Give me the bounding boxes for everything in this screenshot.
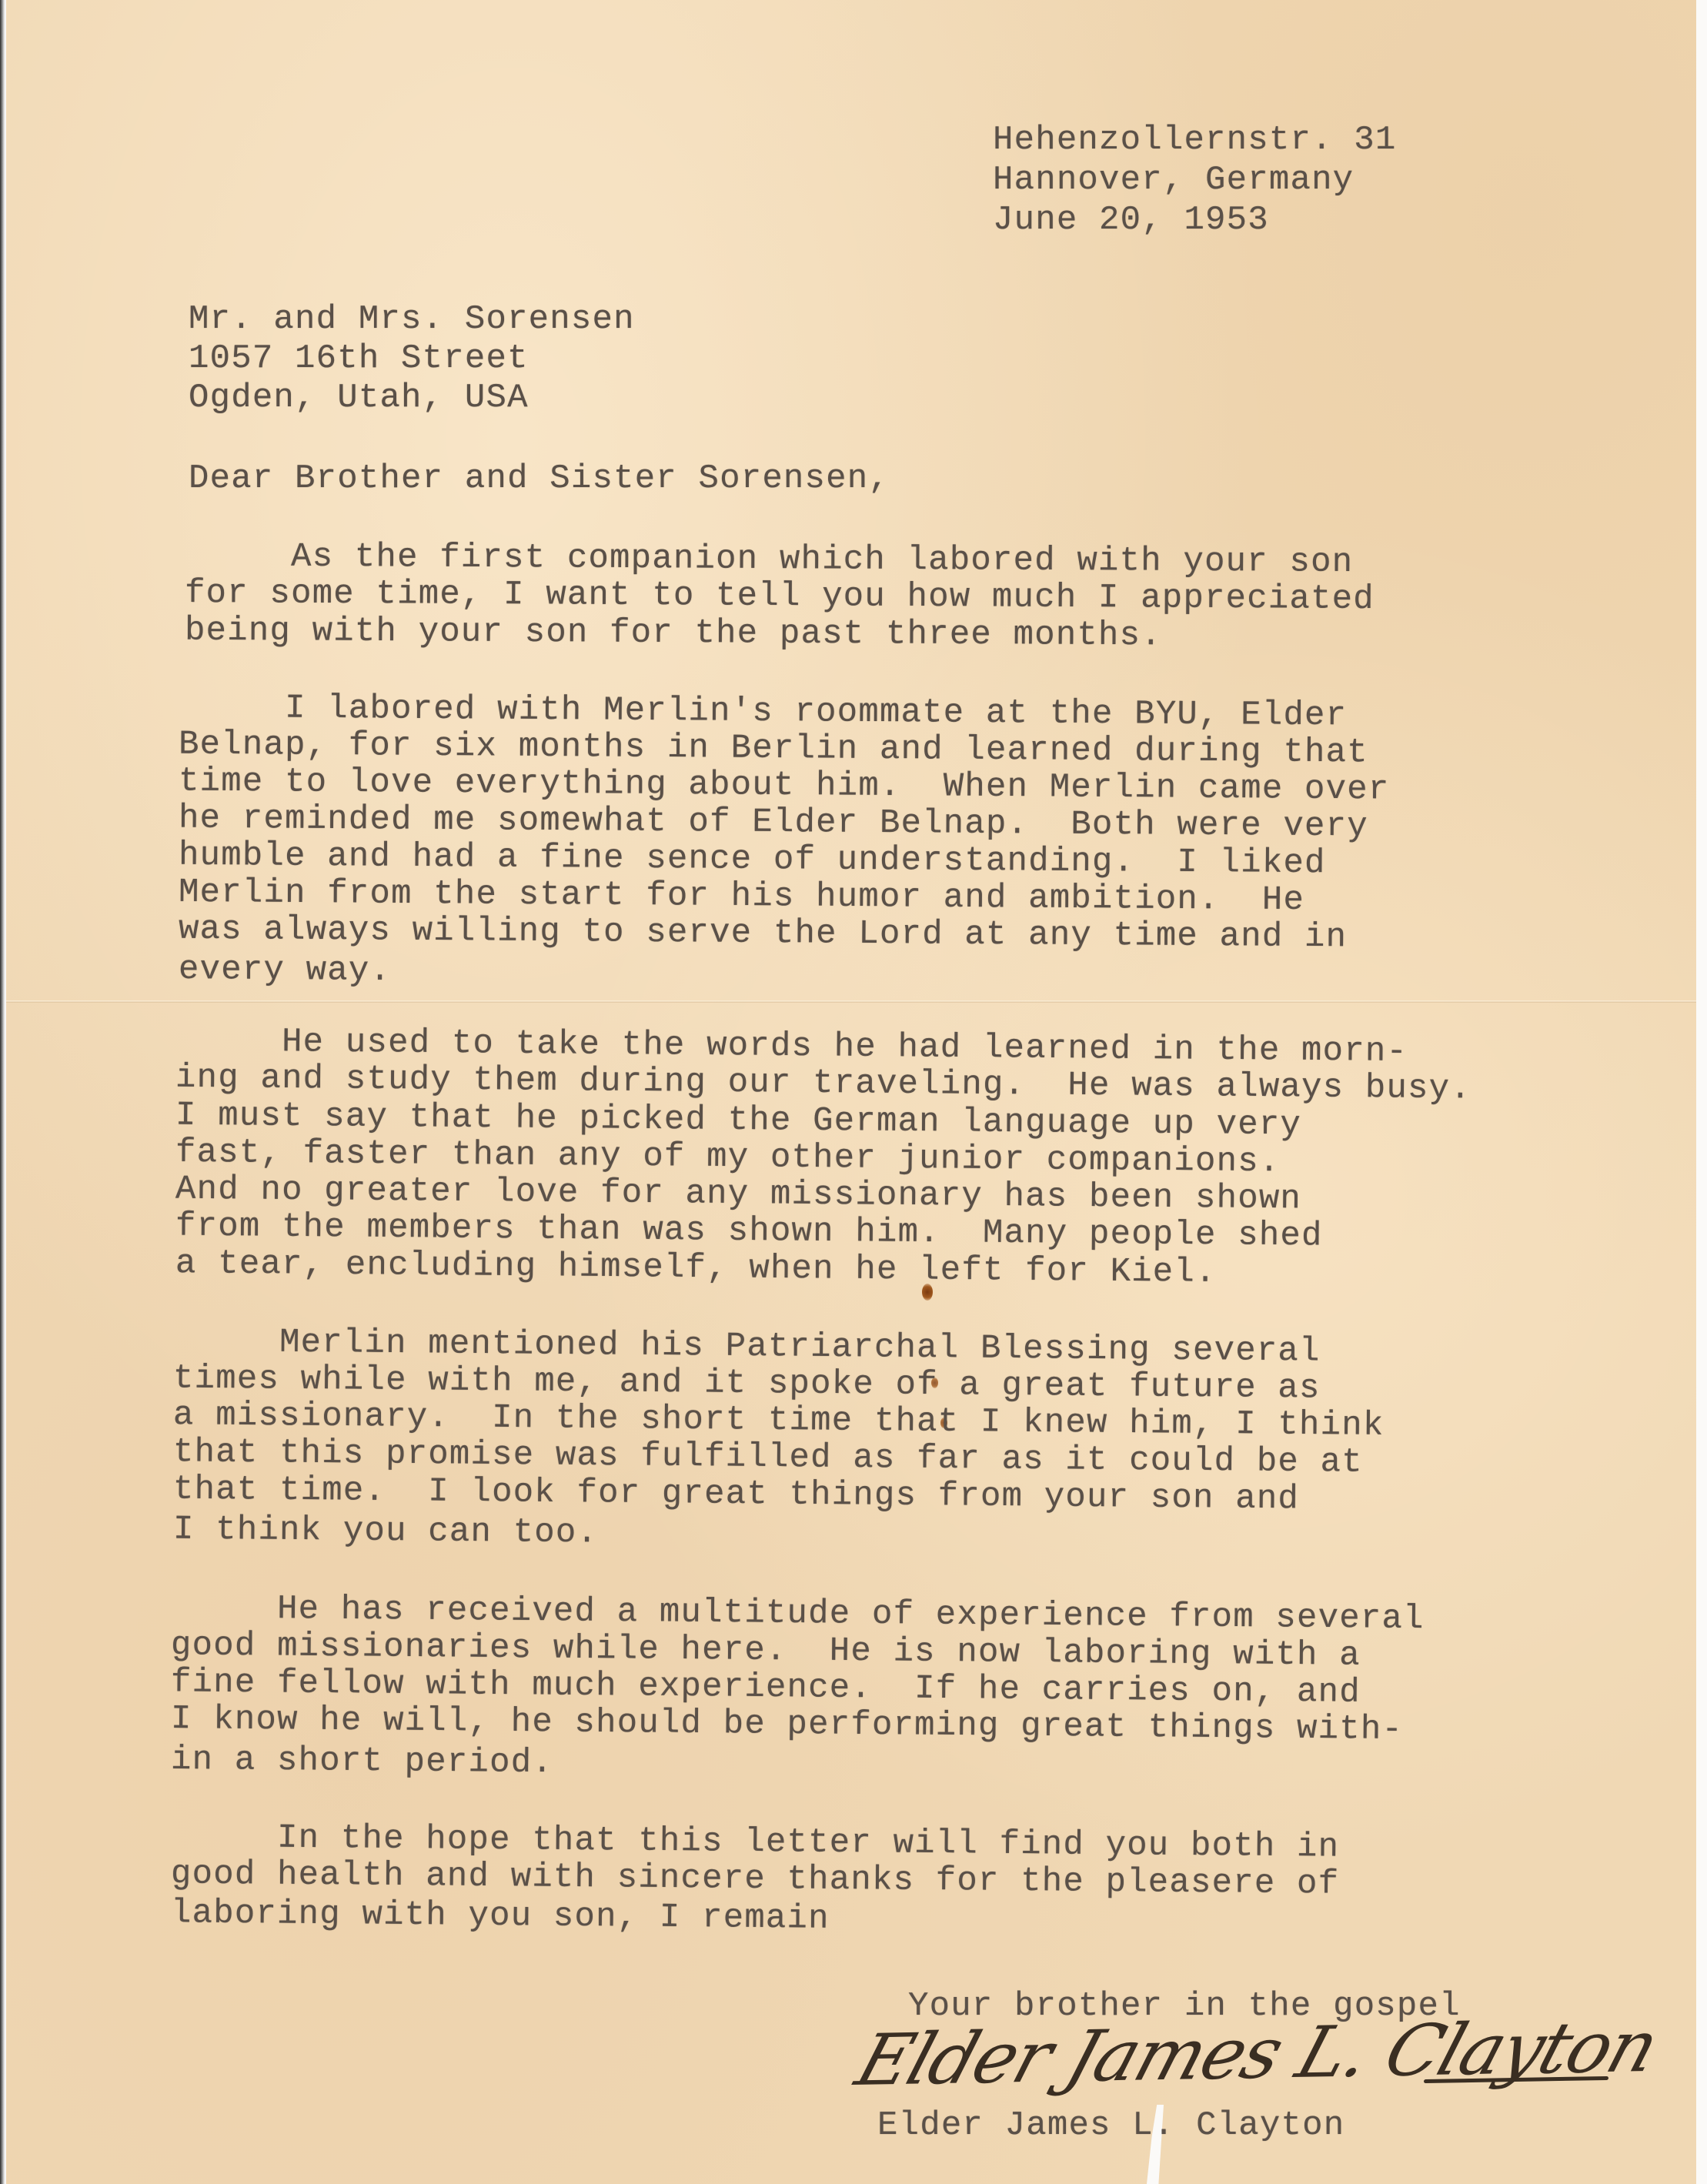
salutation: Dear Brother and Sister Sorensen, [189,462,890,496]
sender-city: Hannover, Germany [993,163,1354,197]
paragraph-line: for some time, I want to tell you how mu… [185,576,1375,616]
recipient-street: 1057 16th Street [189,342,529,376]
fold-crease [6,1000,1696,1003]
paragraph-line: being with your son for the past three m… [185,614,1162,653]
handwritten-signature: Elder James L. Clayton [847,2005,1667,2102]
paragraph-line: in a short period. [171,1743,553,1780]
letter-date: June 20, 1953 [993,203,1269,237]
paragraph-line: that time. I look for great things from … [173,1473,1299,1517]
paragraph-line: every way. [179,953,391,988]
recipient-city: Ogden, Utah, USA [189,381,529,415]
paragraph-line: I think you can too. [173,1513,598,1551]
typed-signature: Elder James L. Clayton [877,2109,1345,2142]
paragraph-line: laboring with you son, I remain [171,1896,830,1935]
paragraph-line: As the first companion which labored wit… [185,539,1353,579]
paragraph-line: a tear, encluding himself, when he left … [175,1247,1217,1290]
recipient-name: Mr. and Mrs. Sorensen [189,302,635,336]
paragraph-line: good health and with sincere thanks for … [171,1857,1340,1901]
scan-left-edge [0,0,6,2184]
sender-street: Hehenzollernstr. 31 [993,123,1396,157]
scan-right-margin [1696,0,1707,2184]
paragraph-line: was always willing to serve the Lord at … [179,913,1348,955]
